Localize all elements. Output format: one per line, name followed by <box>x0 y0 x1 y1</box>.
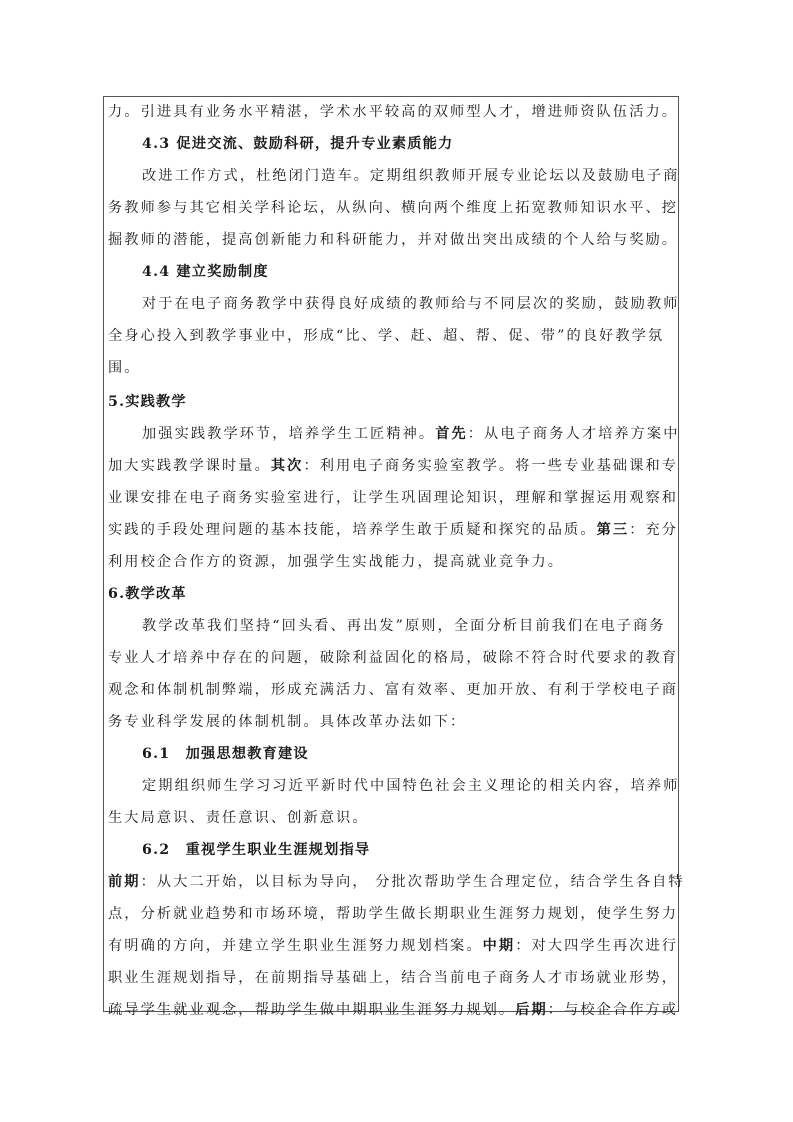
paragraph-line: 掘教师的潜能，提高创新能力和科研能力，并对做出突出成绩的个人给与奖励。 <box>108 230 678 250</box>
text-run: ：利用电子商务实验室教学。将一些专业基础课和专 <box>303 458 678 474</box>
paragraph-line: 教学改革我们坚持“回头看、再出发”原则，全面分析目前我们在电子商务 <box>142 616 666 636</box>
text-run: 加大实践教学课时量。 <box>108 458 271 474</box>
paragraph-line: 对于在电子商务教学中获得良好成绩的教师给与不同层次的奖励，鼓励教师 <box>142 294 680 314</box>
section-heading-6-2: 6.2 重视学生职业生涯规划指导 <box>142 840 370 860</box>
bold-keyword: 前期 <box>108 874 141 890</box>
paragraph-line: 疏导学生就业观念，帮助学生做中期职业生涯努力规划。后期：与校企合作方或 <box>108 1000 678 1020</box>
paragraph-line: 职业生涯规划指导，在前期指导基础上，结合当前电子商务人才市场就业形势， <box>108 968 678 988</box>
text-run: 有明确的方向，并建立学生职业生涯努力规划档案。 <box>108 938 483 954</box>
text-run: ：对大四学生再次进行 <box>515 938 678 954</box>
text-run: ：从电子商务人才培养方案中 <box>468 426 680 442</box>
paragraph-line: 加大实践教学课时量。其次：利用电子商务实验室教学。将一些专业基础课和专 <box>108 456 678 476</box>
text-run: 实践的手段处理问题的基本技能，培养学生敢于质疑和探究的品质。 <box>108 522 597 538</box>
paragraph-line: 改进工作方式，杜绝闭门造车。定期组织教师开展专业论坛以及鼓励电子商 <box>142 166 680 186</box>
section-heading-5: 5.实践教学 <box>108 392 187 412</box>
text-run: 加强实践教学环节，培养学生工匠精神。 <box>142 426 435 442</box>
text-run: ：与校企合作方或 <box>548 1002 678 1018</box>
section-heading-6-1: 6.1 加强思想教育建设 <box>142 744 309 764</box>
bold-keyword: 首先 <box>435 426 468 442</box>
paragraph-line: 务教师参与其它相关学科论坛，从纵向、横向两个维度上拓宽教师知识水平、挖 <box>108 198 678 218</box>
paragraph-line: 定期组织师生学习习近平新时代中国特色社会主义理论的相关内容，培养师 <box>142 776 680 796</box>
paragraph-line: 前期：从大二开始，以目标为导向， 分批次帮助学生合理定位，结合学生各自特 <box>108 872 685 892</box>
paragraph-line: 务专业科学发展的体制机制。具体改革办法如下： <box>108 712 466 732</box>
bold-keyword: 中期 <box>483 938 516 954</box>
bold-keyword: 后期 <box>515 1002 548 1018</box>
section-heading-4-4: 4.4 建立奖励制度 <box>142 262 269 282</box>
paragraph-line: 业课安排在电子商务实验室进行，让学生巩固理论知识，理解和掌握运用观察和 <box>108 488 678 508</box>
paragraph-line: 有明确的方向，并建立学生职业生涯努力规划档案。中期：对大四学生再次进行 <box>108 936 678 956</box>
paragraph-line: 全身心投入到教学事业中，形成“比、学、赶、超、帮、促、带”的良好教学氛 <box>108 326 664 346</box>
paragraph-line: 力。引进具有业务水平精湛，学术水平较高的双师型人才，增进师资队伍活力。 <box>108 102 678 122</box>
section-heading-4-3: 4.3 促进交流、鼓励科研，提升专业素质能力 <box>142 134 453 154</box>
bold-keyword: 第三 <box>597 522 630 538</box>
paragraph-line: 专业人才培养中存在的问题，破除利益固化的格局，破除不符合时代要求的教育 <box>108 648 678 668</box>
paragraph-line: 利用校企合作方的资源，加强学生实战能力，提高就业竞争力。 <box>108 552 564 572</box>
section-heading-6: 6.教学改革 <box>108 584 187 604</box>
paragraph-line: 生大局意识、责任意识、创新意识。 <box>108 808 369 828</box>
text-run: 疏导学生就业观念，帮助学生做中期职业生涯努力规划。 <box>108 1002 515 1018</box>
paragraph-line: 加强实践教学环节，培养学生工匠精神。首先：从电子商务人才培养方案中 <box>142 424 680 444</box>
text-run: ：从大二开始，以目标为导向， 分批次帮助学生合理定位，结合学生各自特 <box>141 874 685 890</box>
bold-keyword: 其次 <box>271 458 304 474</box>
paragraph-line: 实践的手段处理问题的基本技能，培养学生敢于质疑和探究的品质。第三：充分 <box>108 520 678 540</box>
paragraph-line: 点，分析就业趋势和市场环境，帮助学生做长期职业生涯努力规划，使学生努力 <box>108 904 678 924</box>
paragraph-line: 观念和体制机制弊端，形成充满活力、富有效率、更加开放、有利于学校电子商 <box>108 680 678 700</box>
text-run: ：充分 <box>629 522 678 538</box>
paragraph-line: 围。 <box>108 358 141 378</box>
